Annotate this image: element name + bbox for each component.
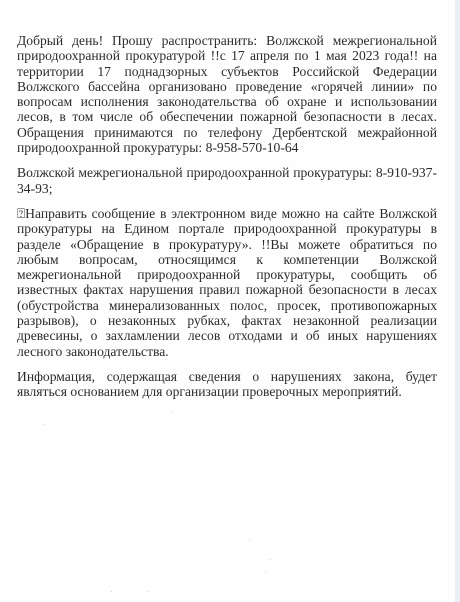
paragraph-hotline-announcement: Добрый день! Прошу распространить: Волжс… [17, 33, 437, 155]
scan-speck [111, 591, 112, 592]
document-body: Добрый день! Прошу распространить: Волжс… [17, 33, 437, 410]
scan-speck [43, 424, 44, 425]
scan-speck [249, 540, 250, 541]
scan-speck [265, 572, 266, 573]
scan-speck [147, 591, 148, 592]
paragraph-volzhskaya-phone: Волжской межрегиональной природоохранной… [17, 165, 437, 196]
paragraph-electronic-appeal: ⍰Направить сообщение в электронном виде … [17, 206, 437, 359]
scan-speck [270, 559, 271, 560]
paragraph-information-basis: Информация, содержащая сведения о наруше… [17, 369, 437, 400]
page-edge-strip [455, 0, 460, 602]
scanned-document-page: Добрый день! Прошу распространить: Волжс… [0, 0, 455, 602]
scan-speck [171, 412, 172, 413]
